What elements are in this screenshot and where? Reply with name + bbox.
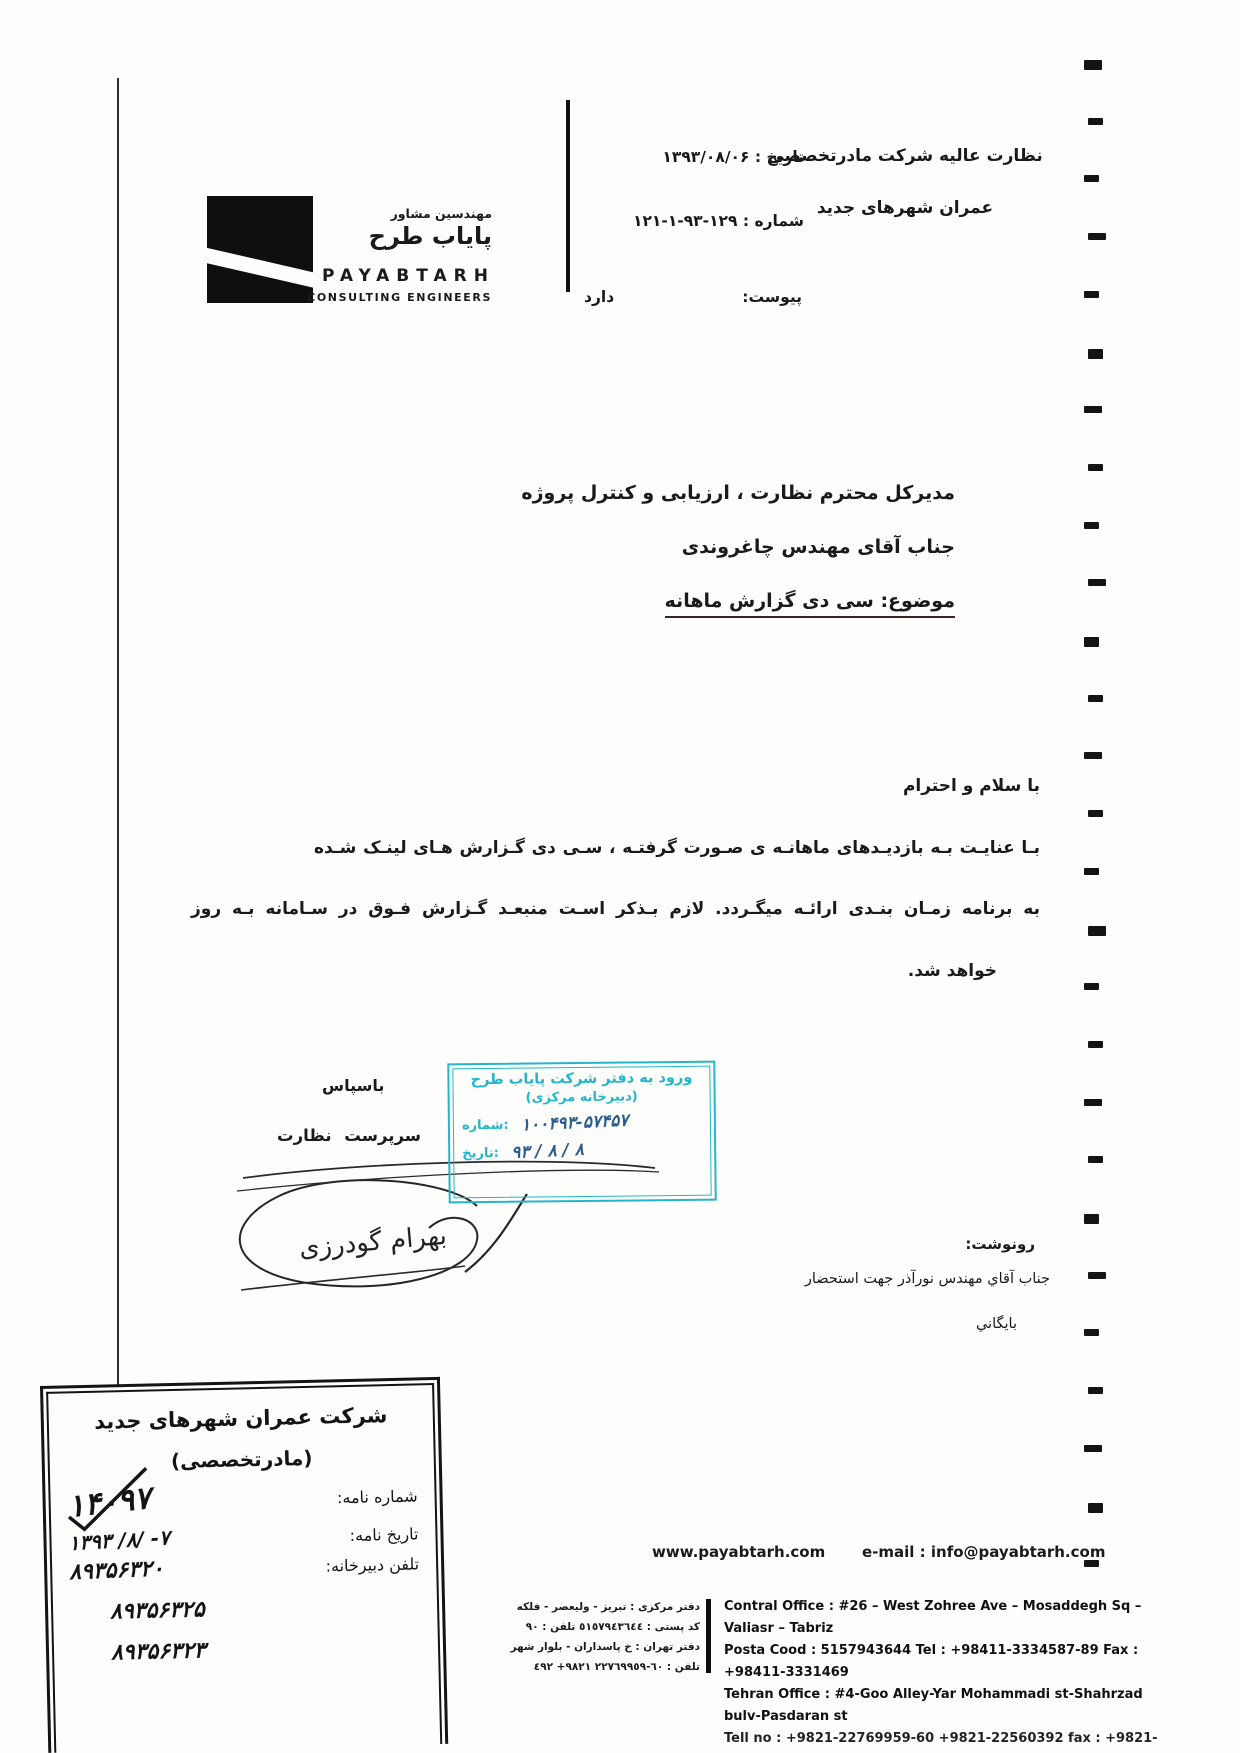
brand-small-fa: مهندسین مشاور	[391, 206, 492, 221]
entry-stamp: ورود به دفتر شرکت پایاب طرح (دبیرخانه مر…	[447, 1061, 716, 1204]
scan-mark	[1088, 579, 1106, 586]
header-separator-line	[566, 100, 570, 292]
number-label: شماره :	[743, 212, 804, 230]
cc-label: رونوشت:	[965, 1235, 1035, 1253]
left-margin-line	[117, 78, 119, 1386]
scan-mark	[1084, 60, 1102, 70]
footer-en-line1: Contral Office : #26 – West Zohree Ave –…	[724, 1596, 1169, 1640]
number-row: شماره : ۱۲۱-۱-۹۳-۱۲۹	[582, 212, 804, 230]
scanned-letter-page: نظارت عالیه شرکت مادرتخصصی عمران شهرهای …	[0, 0, 1240, 1753]
scan-mark	[1084, 1099, 1102, 1106]
scan-mark	[1088, 464, 1103, 471]
date-label: تاریخ :	[755, 148, 804, 166]
attachment-row: پیوست: دارد	[584, 288, 802, 306]
cc-line-1: جناب آقاي مهندس نورآذر جهت استحضار	[805, 1271, 1050, 1287]
received-stamp-date-value: ۱۳۹۳ /۸/ -۷	[68, 1525, 171, 1555]
received-stamp-org1: شرکت عمران شهرهای جدید	[44, 1402, 438, 1435]
scan-mark	[1084, 291, 1099, 298]
recipient-line-2: جناب آقای مهندس چاغروندی	[682, 536, 955, 558]
entry-stamp-number-value: ۱۰۰۴۹۳-۵۷۴۵۷	[520, 1111, 628, 1136]
received-stamp-phone2: ۸۹۳۵۶۳۲۵	[48, 1592, 442, 1626]
brand-name-en: PAYABTARH	[322, 266, 495, 286]
received-stamp-phone-label: تلفن دبیرخانه:	[325, 1554, 419, 1575]
entry-stamp-title: ورود به دفتر شرکت پایاب طرح	[449, 1070, 713, 1089]
footer-website: www.payabtarh.com	[652, 1543, 825, 1561]
scan-mark	[1088, 1503, 1103, 1513]
received-stamp-phone1: ۸۹۳۵۶۳۲۰	[69, 1556, 164, 1585]
number-value: ۱۲۱-۱-۹۳-۱۲۹	[633, 212, 737, 230]
scan-mark	[1084, 1560, 1099, 1567]
scan-mark	[1088, 1272, 1106, 1279]
footer-en-line2: Posta Cood : 5157943644 Tel : +98411-333…	[724, 1640, 1169, 1684]
payabtarh-logo-mark	[207, 196, 313, 303]
body-line-4: خواهد شد.	[908, 961, 997, 981]
signature-name: بهرام گودرزی	[298, 1220, 448, 1264]
entry-stamp-date-row: تاریخ: ۹۳ / ۸ / ۸	[450, 1140, 714, 1163]
received-stamp-phone-row: تلفن دبیرخانه: ۸۹۳۵۶۳۲۰	[47, 1551, 441, 1585]
entry-stamp-date-value: ۹۳ / ۸ / ۸	[510, 1140, 583, 1163]
scan-mark	[1088, 118, 1103, 125]
body-line-1: با سلام و احترام	[903, 776, 1040, 796]
entry-stamp-date-label: تاریخ:	[462, 1146, 499, 1161]
scan-mark	[1084, 1445, 1102, 1452]
attachment-value: دارد	[584, 288, 614, 306]
footer-en-line3: Tehran Office : #4-Goo Alley-Yar Mohamma…	[724, 1684, 1169, 1728]
footer-fa-address: دفتر مرکزی : تبریز - ولیعصر - فلکه کد پس…	[448, 1597, 700, 1677]
scan-mark	[1084, 983, 1099, 990]
footer-email: e-mail : info@payabtarh.com	[862, 1543, 1105, 1561]
closing-text: باسپاس	[322, 1076, 384, 1095]
scan-mark	[1084, 1329, 1099, 1336]
body-line-2: بـا عنایـت بـه بازدیـدهای ماهانـه ی صـور…	[314, 838, 1040, 858]
scan-mark	[1084, 406, 1102, 413]
footer-fa-line2: کد پستی : ٥١٥٧٩٤٣٦٤٤ تلفن : ٩٠	[448, 1617, 700, 1637]
date-row: تاریخ : ۱۳۹۳/۰۸/۰۶	[582, 148, 804, 166]
footer-en-address: Contral Office : #26 – West Zohree Ave –…	[724, 1596, 1169, 1743]
scan-mark	[1088, 926, 1106, 936]
subject-line: موضوع: سی دی گزارش ماهانه	[665, 590, 955, 618]
scan-mark	[1088, 810, 1103, 817]
footer-divider-bar	[706, 1599, 711, 1673]
scan-mark	[1084, 637, 1099, 647]
body-line-3: به برنامه زمـان بنـدی ارائـه میگـردد. لا…	[191, 899, 1040, 919]
logo-stripe	[207, 245, 313, 293]
recipient-line-1: مدیرکل محترم نظارت ، ارزیابی و کنترل پرو…	[521, 482, 955, 504]
received-stamp-date-label: تاریخ نامه:	[349, 1524, 418, 1545]
scan-mark	[1088, 233, 1106, 240]
brand-name-fa: پایاب طرح	[369, 222, 492, 250]
scan-mark	[1084, 752, 1102, 759]
entry-stamp-subtitle: (دبیرخانه مرکزی)	[450, 1089, 714, 1107]
entry-stamp-number-row: شماره: ۱۰۰۴۹۳-۵۷۴۵۷	[450, 1112, 714, 1135]
received-stamp-number-row: شماره نامه: ۱۴۰۹۷	[45, 1477, 440, 1522]
scan-mark	[1084, 868, 1099, 875]
footer-fa-line1: دفتر مرکزی : تبریز - ولیعصر - فلکه	[448, 1597, 700, 1617]
footer-fa-line4: تلفن : ٦٠-٢٢٧٦٩٩٥٩ ٩٨٢١+ ٤٩٢	[448, 1657, 700, 1677]
received-stamp-phone3: ۸۹۳۵۶۳۲۳	[49, 1633, 443, 1667]
scan-mark	[1088, 1387, 1103, 1394]
received-stamp-number-label: شماره نامه:	[337, 1486, 418, 1507]
entry-stamp-number-label: شماره:	[462, 1118, 509, 1133]
brand-sub-en: CONSULTING ENGINEERS	[307, 291, 492, 304]
cc-line-2: بايگاني	[976, 1316, 1017, 1332]
date-value: ۱۳۹۳/۰۸/۰۶	[662, 148, 749, 166]
footer-fa-line3: دفتر تهران : خ پاسداران - بلوار شهر	[448, 1637, 700, 1657]
scan-mark	[1084, 175, 1099, 182]
attachment-label: پیوست:	[742, 288, 802, 306]
received-stamp: شرکت عمران شهرهای جدید (مادرتخصصی) شماره…	[40, 1377, 448, 1753]
scan-mark	[1088, 1041, 1103, 1048]
scan-mark	[1088, 349, 1103, 359]
footer-en-line4: Tell no : +9821-22769959-60 +9821-225603…	[724, 1728, 1169, 1743]
received-stamp-number-value: ۱۴۰۹۷	[66, 1480, 153, 1525]
scan-mark	[1088, 1156, 1103, 1163]
scan-mark	[1084, 1214, 1099, 1224]
scan-mark	[1088, 695, 1103, 702]
scan-mark	[1084, 522, 1099, 529]
